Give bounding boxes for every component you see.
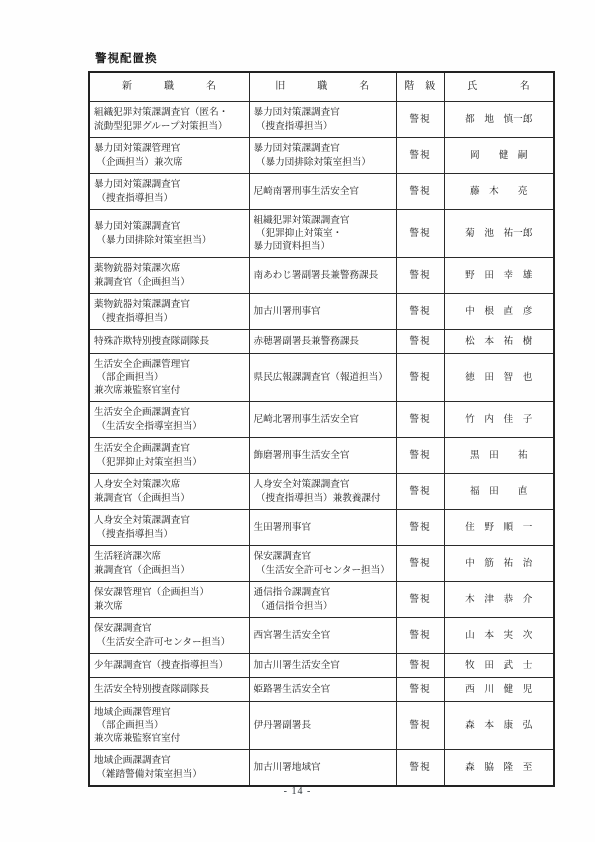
cell-name: 山 本 実 次 — [444, 618, 554, 654]
cell-name: 野 田 幸 雄 — [444, 258, 554, 294]
cell-old-position: 加古川署刑事官 — [249, 294, 396, 330]
table-row: 生活安全企画課調査官 （犯罪抑止対策室担当） 飾磨署刑事生活安全官 警視 黒 田… — [89, 438, 554, 474]
table-row: 暴力団対策課調査官 （捜査指導担当） 尼崎南署刑事生活安全官 警視 藤 木 亮 — [89, 174, 554, 210]
cell-name: 牧 田 武 士 — [444, 654, 554, 678]
cell-new-position: 薬物銃器対策課次席 兼調査官（企画担当） — [89, 258, 249, 294]
cell-rank: 警視 — [396, 330, 444, 354]
table-row: 特殊詐欺特別捜査隊副隊長 赤穂署副署長兼警務課長 警視 松 本 祐 樹 — [89, 330, 554, 354]
cell-old-position: 組織犯罪対策課調査官 （犯罪抑止対策室・ 暴力団資料担当） — [249, 210, 396, 258]
document-page: 警視配置換 新 職 名 旧 職 名 階 級 氏 名 組織犯罪対策課調査官（匿名・… — [0, 0, 595, 842]
header-new-position: 新 職 名 — [89, 72, 249, 102]
cell-name: 木 津 恭 介 — [444, 582, 554, 618]
table-row: 組織犯罪対策課調査官（匿名・ 流動型犯罪グループ対策担当） 暴力団対策課調査官 … — [89, 102, 554, 138]
cell-new-position: 少年課調査官（捜査指導担当） — [89, 654, 249, 678]
cell-new-position: 人身安全対策課調査官 （捜査指導担当） — [89, 510, 249, 546]
table-row: 地域企画課調査官 （雑踏警備対策室担当） 加古川署地域官 警視 森 脇 隆 至 — [89, 750, 554, 787]
header-name: 氏 名 — [444, 72, 554, 102]
cell-name: 竹 内 佳 子 — [444, 402, 554, 438]
cell-name: 松 本 祐 樹 — [444, 330, 554, 354]
assignment-table-header: 新 職 名 旧 職 名 階 級 氏 名 — [89, 72, 554, 102]
cell-old-position: 通信指令課調査官 （通信指令担当） — [249, 582, 396, 618]
table-row: 生活安全企画課管理官 （部企画担当） 兼次席兼監察官室付 県民広報課調査官（報道… — [89, 354, 554, 402]
cell-old-position: 西宮署生活安全官 — [249, 618, 396, 654]
cell-name: 森 本 康 弘 — [444, 702, 554, 750]
cell-rank: 警視 — [396, 174, 444, 210]
cell-old-position: 保安課調査官 （生活安全許可センター担当） — [249, 546, 396, 582]
table-row: 生活安全企画課調査官 （生活安全指導室担当） 尼崎北署刑事生活安全官 警視 竹 … — [89, 402, 554, 438]
cell-rank: 警視 — [396, 258, 444, 294]
cell-new-position: 地域企画課調査官 （雑踏警備対策室担当） — [89, 750, 249, 787]
cell-rank: 警視 — [396, 210, 444, 258]
page-number: - 14 - — [0, 786, 595, 797]
cell-old-position: 暴力団対策課調査官 （暴力団排除対策室担当） — [249, 138, 396, 174]
header-rank: 階 級 — [396, 72, 444, 102]
cell-rank: 警視 — [396, 510, 444, 546]
cell-new-position: 保安課管理官（企画担当） 兼次席 — [89, 582, 249, 618]
cell-new-position: 暴力団対策課調査官 （暴力団排除対策室担当） — [89, 210, 249, 258]
table-row: 保安課管理官（企画担当） 兼次席 通信指令課調査官 （通信指令担当） 警視 木 … — [89, 582, 554, 618]
cell-rank: 警視 — [396, 618, 444, 654]
cell-new-position: 組織犯罪対策課調査官（匿名・ 流動型犯罪グループ対策担当） — [89, 102, 249, 138]
table-row: 人身安全対策課調査官 （捜査指導担当） 生田署刑事官 警視 住 野 順 一 — [89, 510, 554, 546]
cell-rank: 警視 — [396, 582, 444, 618]
header-old-position: 旧 職 名 — [249, 72, 396, 102]
cell-old-position: 赤穂署副署長兼警務課長 — [249, 330, 396, 354]
cell-name: 菊 池 祐一郎 — [444, 210, 554, 258]
cell-old-position: 加古川署地域官 — [249, 750, 396, 787]
cell-new-position: 生活安全企画課調査官 （生活安全指導室担当） — [89, 402, 249, 438]
cell-old-position: 尼崎北署刑事生活安全官 — [249, 402, 396, 438]
cell-new-position: 生活安全企画課管理官 （部企画担当） 兼次席兼監察官室付 — [89, 354, 249, 402]
cell-name: 森 脇 隆 至 — [444, 750, 554, 787]
cell-name: 住 野 順 一 — [444, 510, 554, 546]
cell-new-position: 地域企画課管理官 （部企画担当） 兼次席兼監察官室付 — [89, 702, 249, 750]
cell-rank: 警視 — [396, 474, 444, 510]
cell-old-position: 尼崎南署刑事生活安全官 — [249, 174, 396, 210]
cell-rank: 警視 — [396, 702, 444, 750]
cell-name: 岡 健 嗣 — [444, 138, 554, 174]
cell-new-position: 暴力団対策課管理官 （企画担当）兼次席 — [89, 138, 249, 174]
cell-new-position: 生活安全特別捜査隊副隊長 — [89, 678, 249, 702]
cell-name: 徳 田 智 也 — [444, 354, 554, 402]
table-row: 暴力団対策課調査官 （暴力団排除対策室担当） 組織犯罪対策課調査官 （犯罪抑止対… — [89, 210, 554, 258]
cell-rank: 警視 — [396, 750, 444, 787]
cell-name: 中 筋 祐 治 — [444, 546, 554, 582]
cell-rank: 警視 — [396, 438, 444, 474]
cell-new-position: 生活安全企画課調査官 （犯罪抑止対策室担当） — [89, 438, 249, 474]
cell-new-position: 暴力団対策課調査官 （捜査指導担当） — [89, 174, 249, 210]
cell-name: 西 川 健 児 — [444, 678, 554, 702]
cell-old-position: 加古川署生活安全官 — [249, 654, 396, 678]
cell-new-position: 薬物銃器対策課調査官 （捜査指導担当） — [89, 294, 249, 330]
cell-old-position: 生田署刑事官 — [249, 510, 396, 546]
cell-rank: 警視 — [396, 294, 444, 330]
table-row: 暴力団対策課管理官 （企画担当）兼次席 暴力団対策課調査官 （暴力団排除対策室担… — [89, 138, 554, 174]
page-title: 警視配置換 — [95, 50, 158, 66]
cell-rank: 警視 — [396, 654, 444, 678]
assignment-table-body: 組織犯罪対策課調査官（匿名・ 流動型犯罪グループ対策担当） 暴力団対策課調査官 … — [89, 102, 554, 787]
cell-name: 福 田 直 — [444, 474, 554, 510]
cell-new-position: 生活経済課次席 兼調査官（企画担当） — [89, 546, 249, 582]
cell-old-position: 姫路署生活安全官 — [249, 678, 396, 702]
cell-rank: 警視 — [396, 402, 444, 438]
cell-rank: 警視 — [396, 678, 444, 702]
assignment-table: 新 職 名 旧 職 名 階 級 氏 名 組織犯罪対策課調査官（匿名・ 流動型犯罪… — [88, 71, 555, 787]
table-row: 薬物銃器対策課次席 兼調査官（企画担当） 南あわじ署副署長兼警務課長 警視 野 … — [89, 258, 554, 294]
table-row: 生活安全特別捜査隊副隊長 姫路署生活安全官 警視 西 川 健 児 — [89, 678, 554, 702]
table-row: 少年課調査官（捜査指導担当） 加古川署生活安全官 警視 牧 田 武 士 — [89, 654, 554, 678]
cell-name: 黒 田 祐 — [444, 438, 554, 474]
cell-old-position: 伊丹署副署長 — [249, 702, 396, 750]
cell-new-position: 特殊詐欺特別捜査隊副隊長 — [89, 330, 249, 354]
cell-old-position: 人身安全対策課調査官 （捜査指導担当）兼教養課付 — [249, 474, 396, 510]
table-row: 薬物銃器対策課調査官 （捜査指導担当） 加古川署刑事官 警視 中 根 直 彦 — [89, 294, 554, 330]
cell-name: 都 地 慎一郎 — [444, 102, 554, 138]
cell-rank: 警視 — [396, 354, 444, 402]
cell-old-position: 暴力団対策課調査官 （捜査指導担当） — [249, 102, 396, 138]
cell-name: 藤 木 亮 — [444, 174, 554, 210]
cell-old-position: 県民広報課調査官（報道担当） — [249, 354, 396, 402]
cell-rank: 警視 — [396, 546, 444, 582]
cell-old-position: 南あわじ署副署長兼警務課長 — [249, 258, 396, 294]
cell-rank: 警視 — [396, 138, 444, 174]
table-row: 保安課調査官 （生活安全許可センター担当） 西宮署生活安全官 警視 山 本 実 … — [89, 618, 554, 654]
header-row: 新 職 名 旧 職 名 階 級 氏 名 — [89, 72, 554, 102]
cell-name: 中 根 直 彦 — [444, 294, 554, 330]
table-row: 人身安全対策課次席 兼調査官（企画担当） 人身安全対策課調査官 （捜査指導担当）… — [89, 474, 554, 510]
table-row: 地域企画課管理官 （部企画担当） 兼次席兼監察官室付 伊丹署副署長 警視 森 本… — [89, 702, 554, 750]
cell-new-position: 人身安全対策課次席 兼調査官（企画担当） — [89, 474, 249, 510]
cell-new-position: 保安課調査官 （生活安全許可センター担当） — [89, 618, 249, 654]
table-row: 生活経済課次席 兼調査官（企画担当） 保安課調査官 （生活安全許可センター担当）… — [89, 546, 554, 582]
cell-rank: 警視 — [396, 102, 444, 138]
cell-old-position: 飾磨署刑事生活安全官 — [249, 438, 396, 474]
